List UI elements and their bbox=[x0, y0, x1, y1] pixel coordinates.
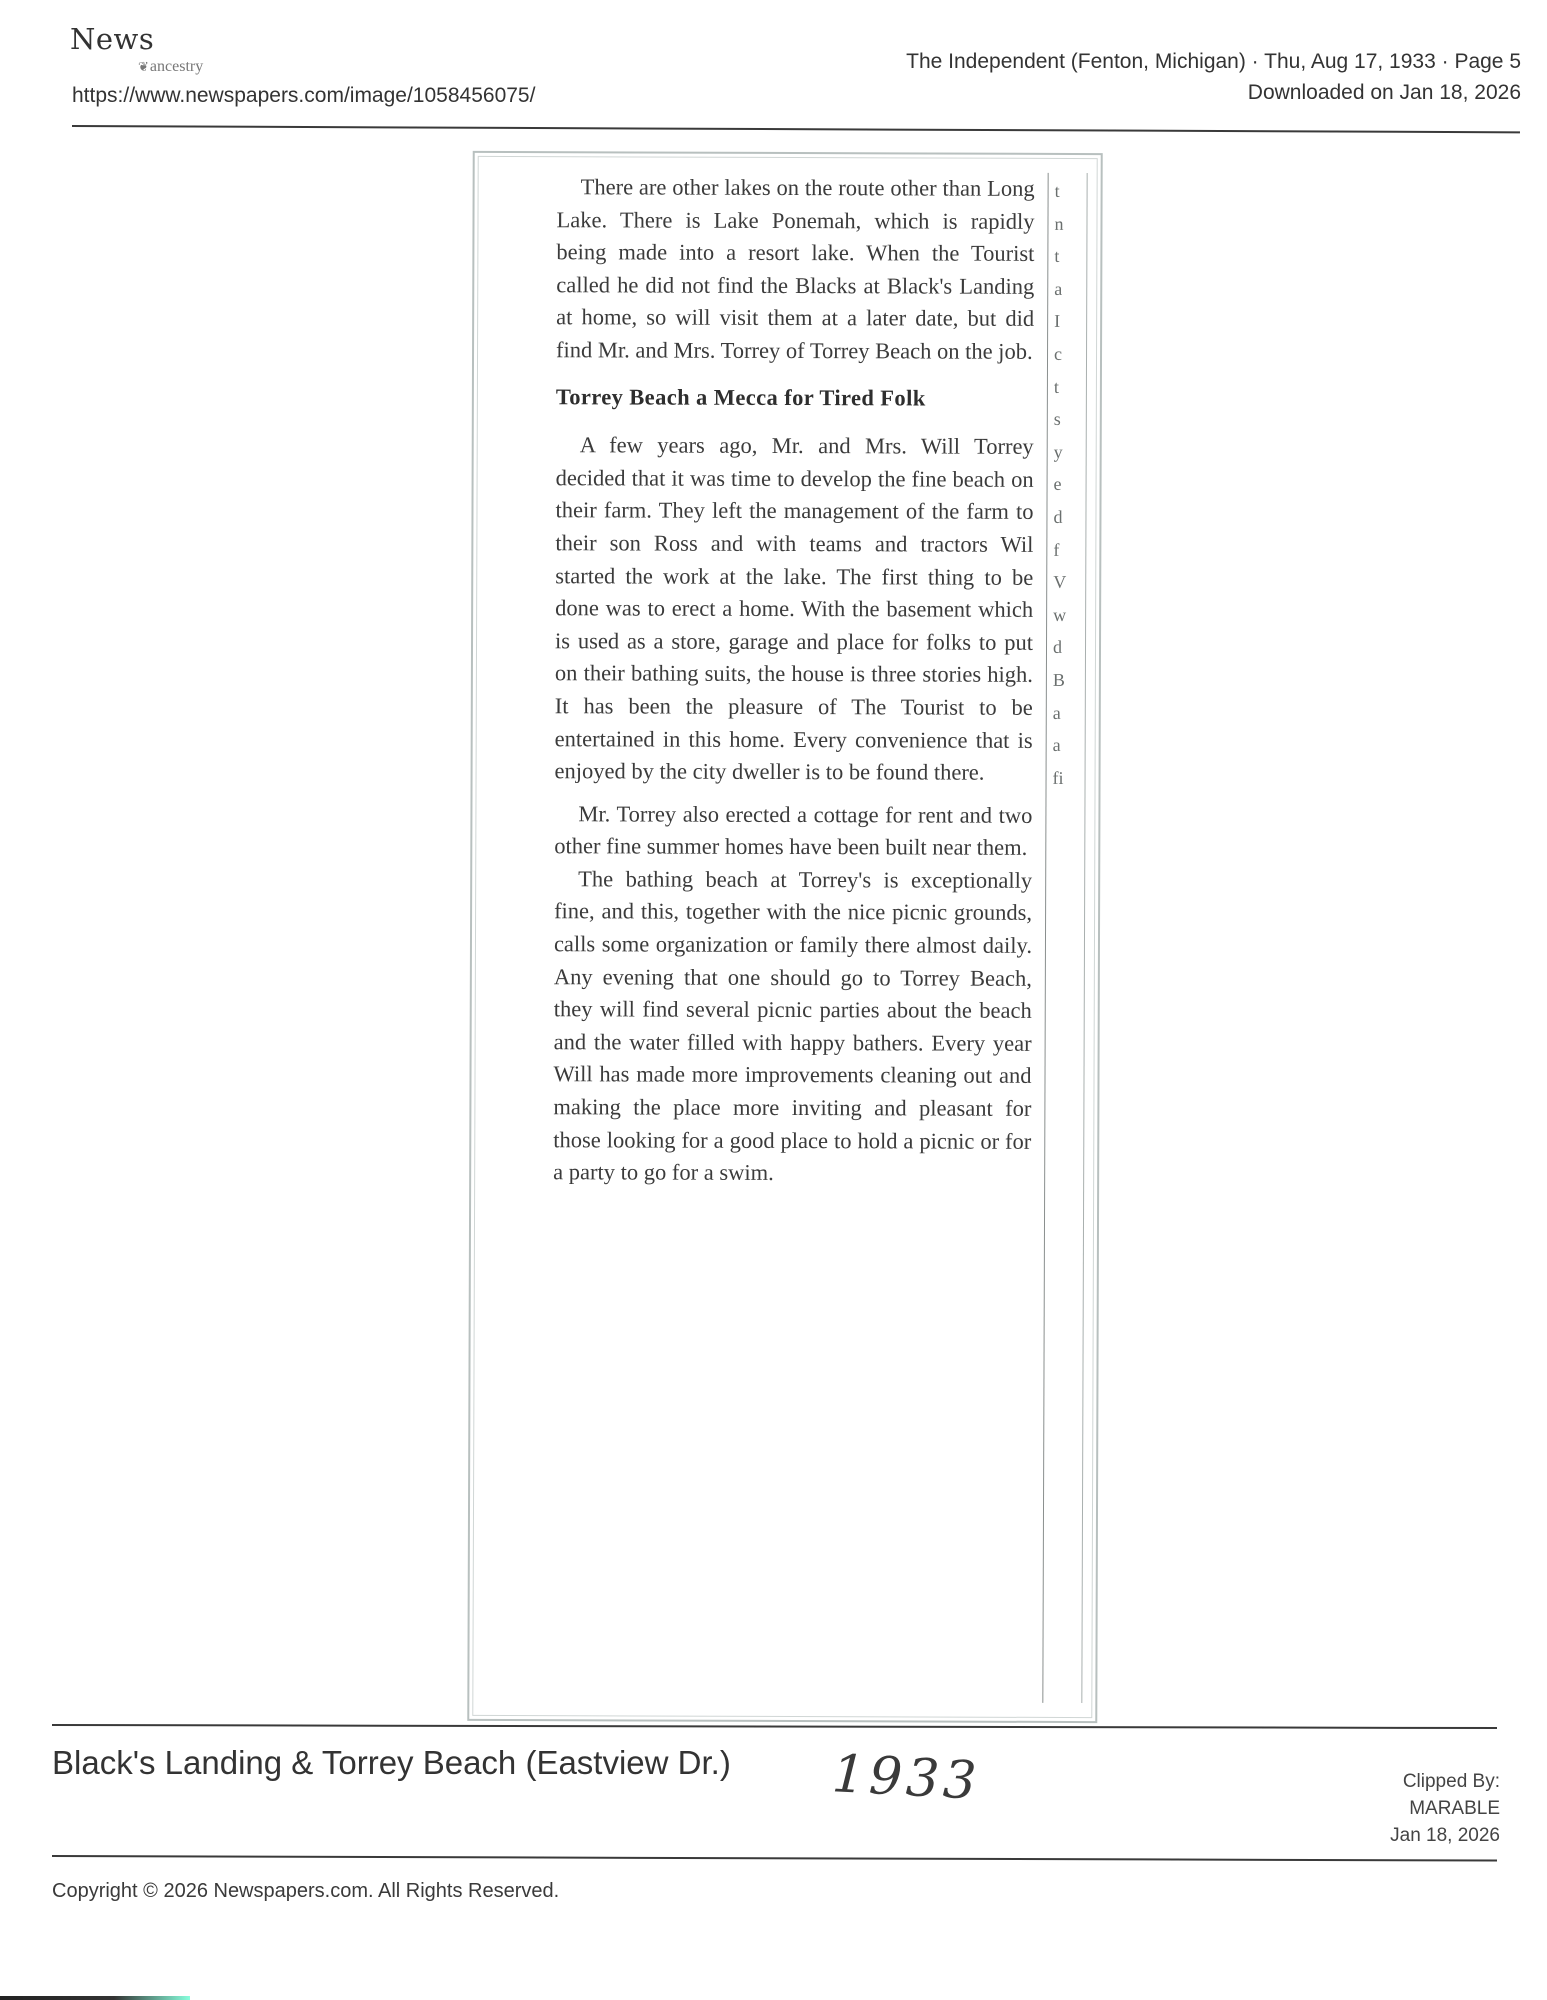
fragment-letter: a bbox=[1053, 696, 1083, 729]
newspapers-logo: News ❦ancestry bbox=[70, 22, 154, 56]
fragment-letter: t bbox=[1055, 175, 1085, 208]
handwritten-year: 1933 bbox=[831, 1744, 982, 1812]
fragment-letter: a bbox=[1053, 729, 1083, 762]
logo-ancestry: ❦ancestry bbox=[138, 58, 203, 76]
footer-divider-top bbox=[52, 1724, 1497, 1729]
publication-info: The Independent (Fenton, Michigan) · Thu… bbox=[906, 46, 1521, 108]
fragment-letter: fi bbox=[1053, 762, 1083, 795]
fragment-letter: a bbox=[1054, 273, 1084, 306]
fragment-letter: d bbox=[1053, 631, 1083, 664]
article-paragraph: The bathing beach at Torrey's is excepti… bbox=[553, 863, 1032, 1191]
article-paragraph: Mr. Torrey also erected a cottage for re… bbox=[554, 798, 1032, 865]
logo-news-text: News bbox=[70, 22, 154, 56]
ancestry-leaf-icon: ❦ bbox=[138, 59, 149, 74]
logo-ancestry-text: ancestry bbox=[150, 58, 203, 75]
clipped-date: Jan 18, 2026 bbox=[1390, 1822, 1500, 1849]
header-divider bbox=[72, 125, 1520, 133]
fragment-letter: d bbox=[1053, 501, 1083, 534]
clipped-by-info: Clipped By: MARABLE Jan 18, 2026 bbox=[1390, 1768, 1500, 1849]
clip-title: Black's Landing & Torrey Beach (Eastview… bbox=[52, 1742, 752, 1784]
fragment-letter: V bbox=[1053, 566, 1083, 599]
fragment-letter: n bbox=[1054, 208, 1084, 241]
article-paragraph: There are other lakes on the route other… bbox=[556, 171, 1035, 368]
article-headline: Torrey Beach a Mecca for Tired Folk bbox=[556, 381, 1034, 415]
copyright-notice: Copyright © 2026 Newspapers.com. All Rig… bbox=[52, 1880, 559, 1903]
fragment-letter: t bbox=[1054, 240, 1084, 273]
footer-divider-bottom bbox=[52, 1855, 1497, 1862]
scan-edge bbox=[0, 1996, 190, 2000]
fragment-letter: s bbox=[1054, 403, 1084, 436]
article-column: There are other lakes on the route other… bbox=[553, 171, 1035, 1190]
article-paragraph: A few years ago, Mr. and Mrs. Will Torre… bbox=[555, 429, 1034, 789]
publication-line: The Independent (Fenton, Michigan) · Thu… bbox=[906, 46, 1521, 77]
clip-url[interactable]: https://www.newspapers.com/image/1058456… bbox=[72, 84, 535, 108]
fragment-letter: e bbox=[1054, 468, 1084, 501]
clipped-by-label: Clipped By: bbox=[1390, 1768, 1500, 1795]
fragment-letter: w bbox=[1053, 599, 1083, 632]
fragment-letter: I bbox=[1054, 305, 1084, 338]
clipped-by-user[interactable]: MARABLE bbox=[1390, 1795, 1500, 1822]
fragment-letter: f bbox=[1053, 533, 1083, 566]
fragment-letter: B bbox=[1053, 664, 1083, 697]
newspaper-clipping: There are other lakes on the route other… bbox=[467, 151, 1102, 1723]
fragment-letter: y bbox=[1054, 436, 1084, 469]
downloaded-date: Downloaded on Jan 18, 2026 bbox=[906, 77, 1521, 108]
fragment-letter: c bbox=[1054, 338, 1084, 371]
fragment-letter: t bbox=[1054, 370, 1084, 403]
adjacent-column-fragment: tntaIctsyedfVwdBaafi bbox=[1053, 175, 1085, 794]
